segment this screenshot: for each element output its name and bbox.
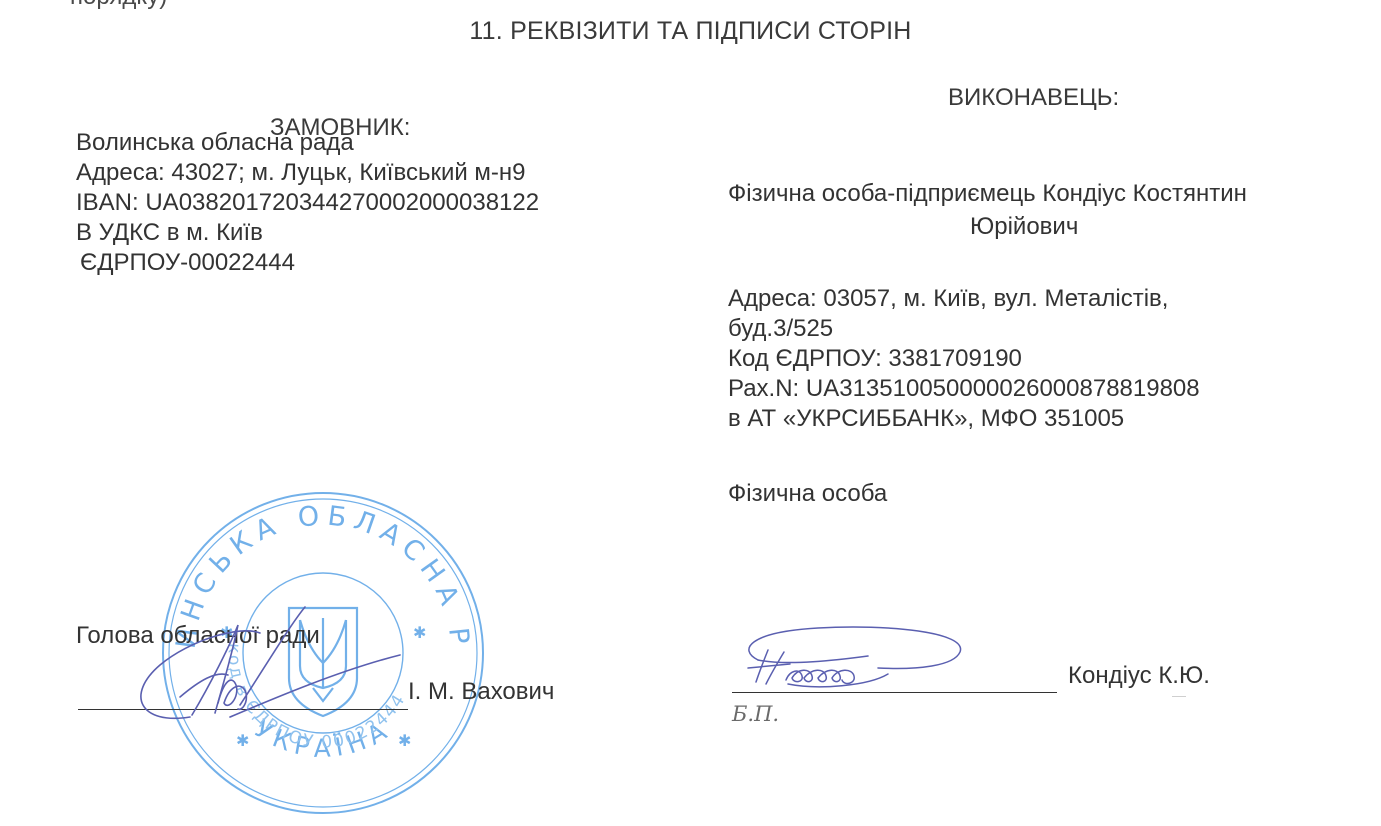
contractor-signatory-name: Кондіус К.Ю. xyxy=(1068,662,1210,690)
customer-details: Волинська обласна рада Адреса: 43027; м.… xyxy=(76,128,539,278)
customer-signatory-name: І. М. Вахович xyxy=(408,678,554,706)
customer-handwritten-signature xyxy=(120,585,420,735)
customer-treasury: В УДКС в м. Київ xyxy=(76,218,539,248)
contractor-building: буд.3/525 xyxy=(728,314,1200,344)
contractor-bank: в АТ «УКРСИББАНК», МФО 351005 xyxy=(728,404,1200,434)
section-title: 11. РЕКВІЗИТИ ТА ПІДПИСИ СТОРІН xyxy=(0,17,1381,46)
contractor-name-line-1: Фізична особа-підприємець Кондіус Костян… xyxy=(728,180,1247,208)
customer-address: Адреса: 43027; м. Луцьк, Київський м-н9 xyxy=(76,158,539,188)
contractor-heading: ВИКОНАВЕЦЬ: xyxy=(948,84,1119,112)
contractor-details: Адреса: 03057, м. Київ, вул. Металістів,… xyxy=(728,284,1200,434)
customer-edrpou: ЄДРПОУ-00022444 xyxy=(76,248,539,278)
contractor-no-stamp-note: Б.П. xyxy=(732,702,779,726)
contractor-address: Адреса: 03057, м. Київ, вул. Металістів, xyxy=(728,284,1200,314)
customer-iban: IBAN: UA038201720344270002000038122 xyxy=(76,188,539,218)
contractor-handwritten-signature xyxy=(728,620,968,700)
customer-name: Волинська обласна рада xyxy=(76,128,539,158)
contractor-name-line-2: Юрійович xyxy=(970,213,1078,241)
cut-off-previous-text: порядку) xyxy=(70,0,167,11)
scan-artifact xyxy=(1172,696,1186,697)
contractor-account: Рах.N: UA313510050000026000878819808 xyxy=(728,374,1200,404)
contractor-person-type: Фізична особа xyxy=(728,480,887,508)
contractor-edrpou: Код ЄДРПОУ: 3381709190 xyxy=(728,344,1200,374)
